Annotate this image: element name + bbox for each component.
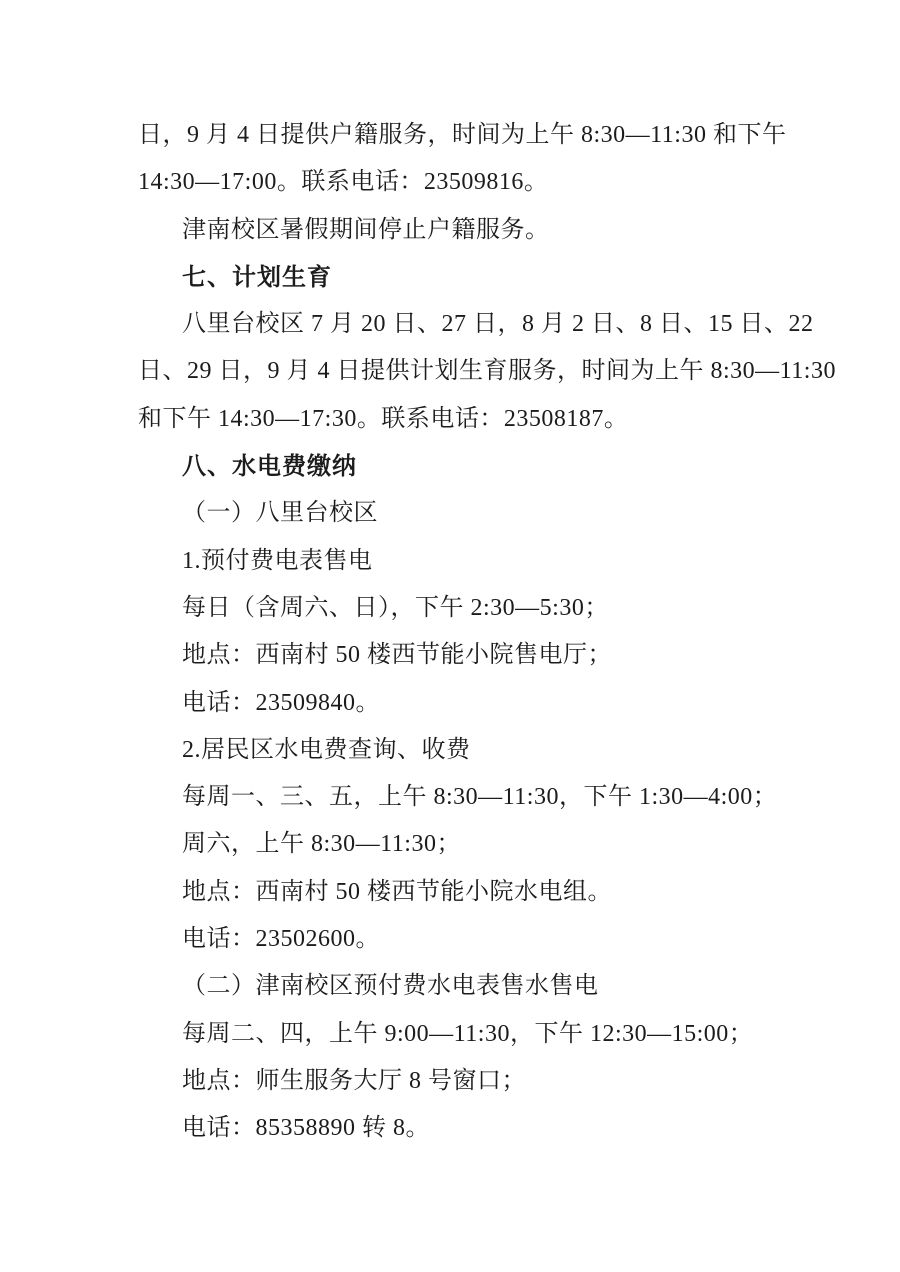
text-line: 14:30—17:00。联系电话：23509816。 — [138, 159, 770, 206]
text-line: 1.预付费电表售电 — [138, 538, 770, 585]
section-heading: 八、水电费缴纳 — [138, 443, 770, 490]
text-line: 2.居民区水电费查询、收费 — [138, 727, 770, 774]
text-line: 周六，上午 8:30—11:30； — [138, 821, 770, 868]
text-line: 津南校区暑假期间停止户籍服务。 — [138, 207, 770, 254]
text-line: 电话：85358890 转 8。 — [138, 1105, 770, 1152]
document-page: 日，9 月 4 日提供户籍服务，时间为上午 8:30—11:30 和下午14:3… — [0, 0, 900, 1272]
text-line: 和下午 14:30—17:30。联系电话：23508187。 — [138, 396, 770, 443]
text-line: 每周二、四，上午 9:00—11:30，下午 12:30—15:00； — [138, 1011, 770, 1058]
text-line: 地点：西南村 50 楼西节能小院水电组。 — [138, 869, 770, 916]
text-line: 每日（含周六、日），下午 2:30—5:30； — [138, 585, 770, 632]
document-lines: 日，9 月 4 日提供户籍服务，时间为上午 8:30—11:30 和下午14:3… — [138, 112, 770, 1153]
text-line: 地点：师生服务大厅 8 号窗口； — [138, 1058, 770, 1105]
text-line: 日，9 月 4 日提供户籍服务，时间为上午 8:30—11:30 和下午 — [138, 112, 770, 159]
text-line: 八里台校区 7 月 20 日、27 日，8 月 2 日、8 日、15 日、22 — [138, 301, 770, 348]
text-line: （二）津南校区预付费水电表售水售电 — [138, 963, 770, 1010]
text-line: 电话：23509840。 — [138, 680, 770, 727]
text-line: （一）八里台校区 — [138, 490, 770, 537]
section-heading: 七、计划生育 — [138, 254, 770, 301]
text-line: 电话：23502600。 — [138, 916, 770, 963]
text-line: 每周一、三、五，上午 8:30—11:30，下午 1:30—4:00； — [138, 774, 770, 821]
text-line: 日、29 日，9 月 4 日提供计划生育服务，时间为上午 8:30—11:30 — [138, 348, 770, 395]
text-line: 地点：西南村 50 楼西节能小院售电厅； — [138, 632, 770, 679]
